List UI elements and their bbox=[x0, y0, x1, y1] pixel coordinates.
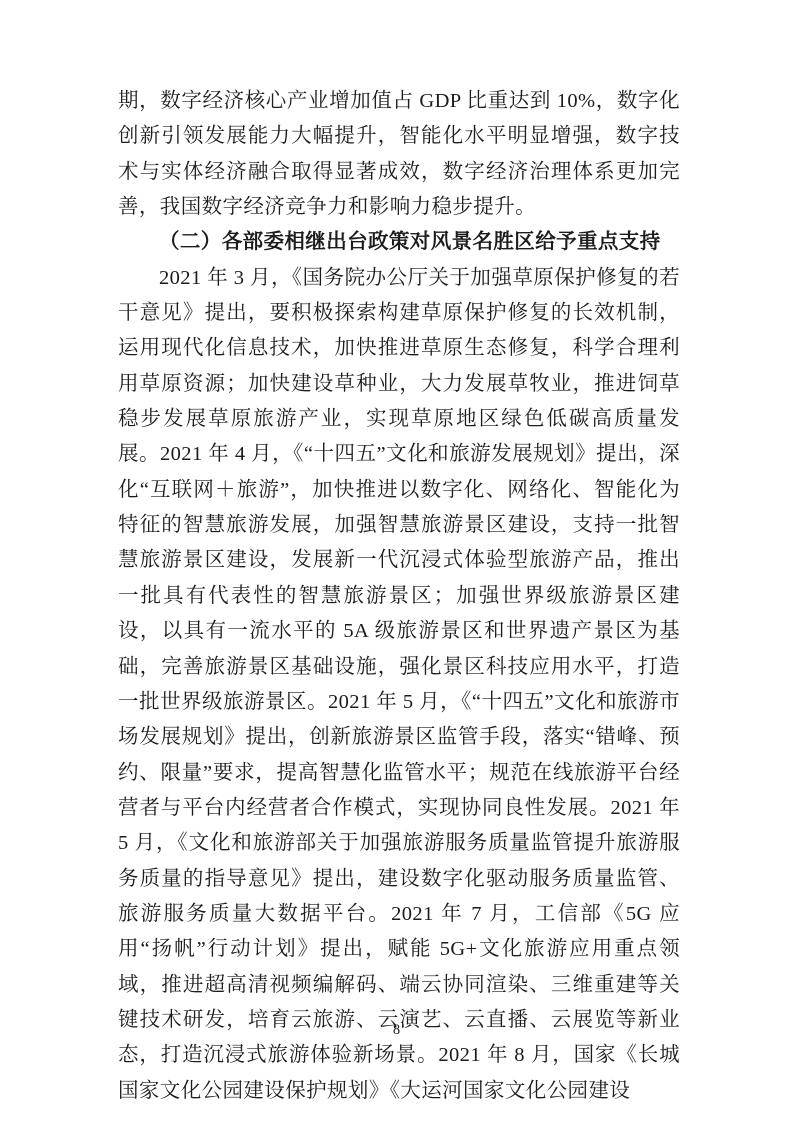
page-number: 8 bbox=[0, 1020, 793, 1040]
document-content: 期，数字经济核心产业增加值占 GDP 比重达到 10%，数字化创新引领发展能力大… bbox=[118, 84, 680, 1109]
paragraph-continued: 期，数字经济核心产业增加值占 GDP 比重达到 10%，数字化创新引领发展能力大… bbox=[118, 84, 680, 225]
paragraph-body: 2021 年 3 月，《国务院办公厅关于加强草原保护修复的若干意见》提出，要积极… bbox=[118, 261, 680, 1109]
document-page: 期，数字经济核心产业增加值占 GDP 比重达到 10%，数字化创新引领发展能力大… bbox=[0, 0, 793, 1122]
section-heading: （二）各部委相继出台政策对风景名胜区给予重点支持 bbox=[118, 225, 680, 260]
